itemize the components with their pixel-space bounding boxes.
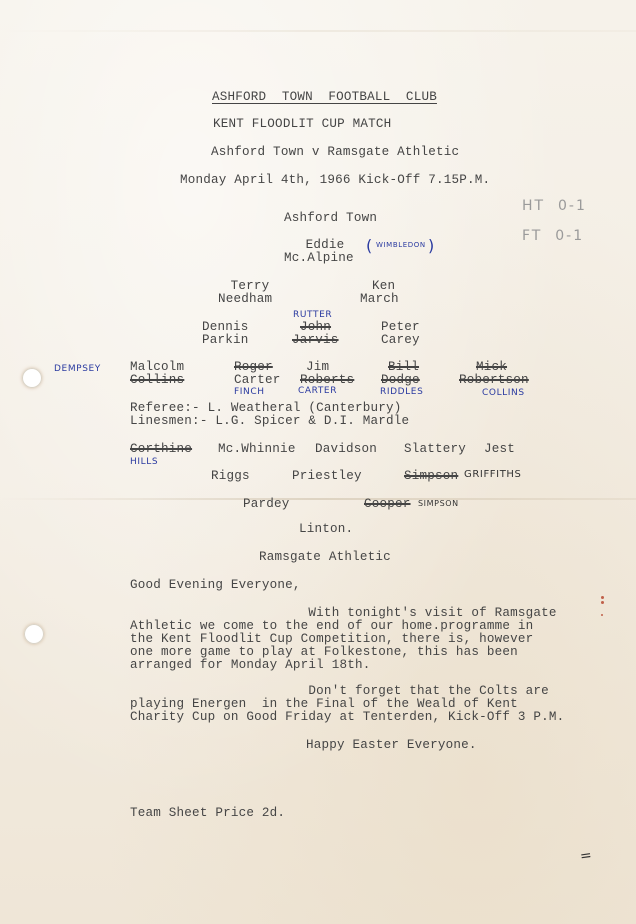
bracket-open: ( — [366, 236, 373, 255]
paper-fold — [0, 30, 636, 32]
away-fb-2: Cooper — [364, 497, 411, 511]
punch-hole — [24, 624, 44, 644]
rust-spot — [601, 614, 603, 616]
para1-line2: Athletic we come to the end of our home.… — [130, 619, 533, 633]
competition-title: KENT FLOODLIT CUP MATCH — [213, 117, 391, 131]
home-il-replacement: RIDDLES — [380, 387, 423, 397]
home-team-name: Ashford Town — [284, 211, 377, 225]
home-ch-first: John — [300, 320, 331, 334]
away-fwd-2: Mc.Whinnie — [218, 442, 296, 456]
home-il-first: Bill — [388, 360, 419, 374]
away-fb-1: Pardey — [243, 497, 290, 511]
home-il-last: Dodge — [381, 373, 420, 387]
punch-hole — [22, 368, 42, 388]
para1-line5: arranged for Monday April 18th. — [130, 658, 370, 672]
home-gk-first: Eddie — [280, 238, 370, 252]
gk-club-note: WIMBLEDON — [376, 241, 426, 249]
para1-line1: With tonight's visit of Ramsgate — [130, 606, 557, 620]
away-team-name: Ramsgate Athletic — [259, 550, 391, 564]
home-rb-last: Needham — [218, 292, 272, 306]
date-kickoff: Monday April 4th, 1966 Kick-Off 7.15P.M. — [180, 173, 490, 187]
greeting: Good Evening Everyone, — [130, 578, 301, 592]
home-lb-first: Ken — [372, 279, 395, 293]
home-lh-first: Peter — [381, 320, 420, 334]
away-hb-3: Simpson — [404, 469, 458, 483]
referee: Referee:- L. Weatheral (Canterbury) — [130, 401, 402, 415]
home-cf-replacement: CARTER — [298, 386, 337, 396]
away-fwd-3: Davidson — [315, 442, 377, 456]
away-gk: Linton. — [299, 522, 353, 536]
home-cf-first: Jim — [306, 360, 329, 374]
home-or-last: Collins — [130, 373, 184, 387]
away-hb-1: Riggs — [211, 469, 250, 483]
home-ol-last: Robertson — [459, 373, 529, 387]
fixture-title: Ashford Town v Ramsgate Athletic — [211, 145, 459, 159]
home-ir-last: Carter — [234, 373, 281, 387]
away-fb-2-replacement: SIMPSON — [418, 499, 459, 508]
home-lb-last: March — [360, 292, 399, 306]
club-title: ASHFORD TOWN FOOTBALL CLUB — [212, 90, 437, 104]
home-or-replacement: DEMPSEY — [54, 364, 101, 374]
home-ir-first: Roger — [234, 360, 273, 374]
linesmen: Linesmen:- L.G. Spicer & D.I. Mardle — [130, 414, 409, 428]
full-time-score: FT 0-1 — [522, 228, 584, 244]
home-ch-last: Jarvis — [292, 333, 339, 347]
home-rh-last: Parkin — [202, 333, 249, 347]
para1-line3: the Kent Floodlit Cup Competition, there… — [130, 632, 533, 646]
away-fwd-1-replacement: HILLS — [130, 457, 158, 467]
para2-line2: playing Energen in the Final of the Weal… — [130, 697, 518, 711]
rust-spot — [601, 596, 604, 599]
home-rb-first: Terry — [210, 279, 290, 293]
team-sheet-page: ASHFORD TOWN FOOTBALL CLUB KENT FLOODLIT… — [0, 0, 636, 924]
para1-line4: one more game to play at Folkestone, thi… — [130, 645, 518, 659]
para2-line1: Don't forget that the Colts are — [130, 684, 549, 698]
home-ch-replacement: RUTTER — [293, 310, 332, 320]
bottom-mark: = — [579, 847, 593, 865]
away-hb-3-replacement: GRIFFITHS — [464, 469, 521, 480]
home-ol-replacement: COLLINS — [482, 388, 525, 398]
closing: Happy Easter Everyone. — [306, 738, 477, 752]
bracket-close: ) — [428, 236, 435, 255]
price: Team Sheet Price 2d. — [130, 806, 285, 820]
home-or-first: Malcolm — [130, 360, 184, 374]
away-fwd-4: Slattery — [404, 442, 466, 456]
rust-spot — [601, 601, 604, 604]
half-time-score: HT 0-1 — [522, 198, 587, 214]
home-ol-first: Mick — [476, 360, 507, 374]
away-fwd-1: Corthine — [130, 442, 192, 456]
home-lh-last: Carey — [381, 333, 420, 347]
para2-line3: Charity Cup on Good Friday at Tenterden,… — [130, 710, 564, 724]
home-rh-first: Dennis — [202, 320, 249, 334]
home-ir-replacement: FINCH — [234, 387, 265, 397]
home-cf-last: Roberts — [300, 373, 354, 387]
away-fwd-5: Jest — [484, 442, 515, 456]
paper-fold — [0, 498, 636, 500]
away-hb-2: Priestley — [292, 469, 362, 483]
home-gk-last: Mc.Alpine — [284, 251, 354, 265]
